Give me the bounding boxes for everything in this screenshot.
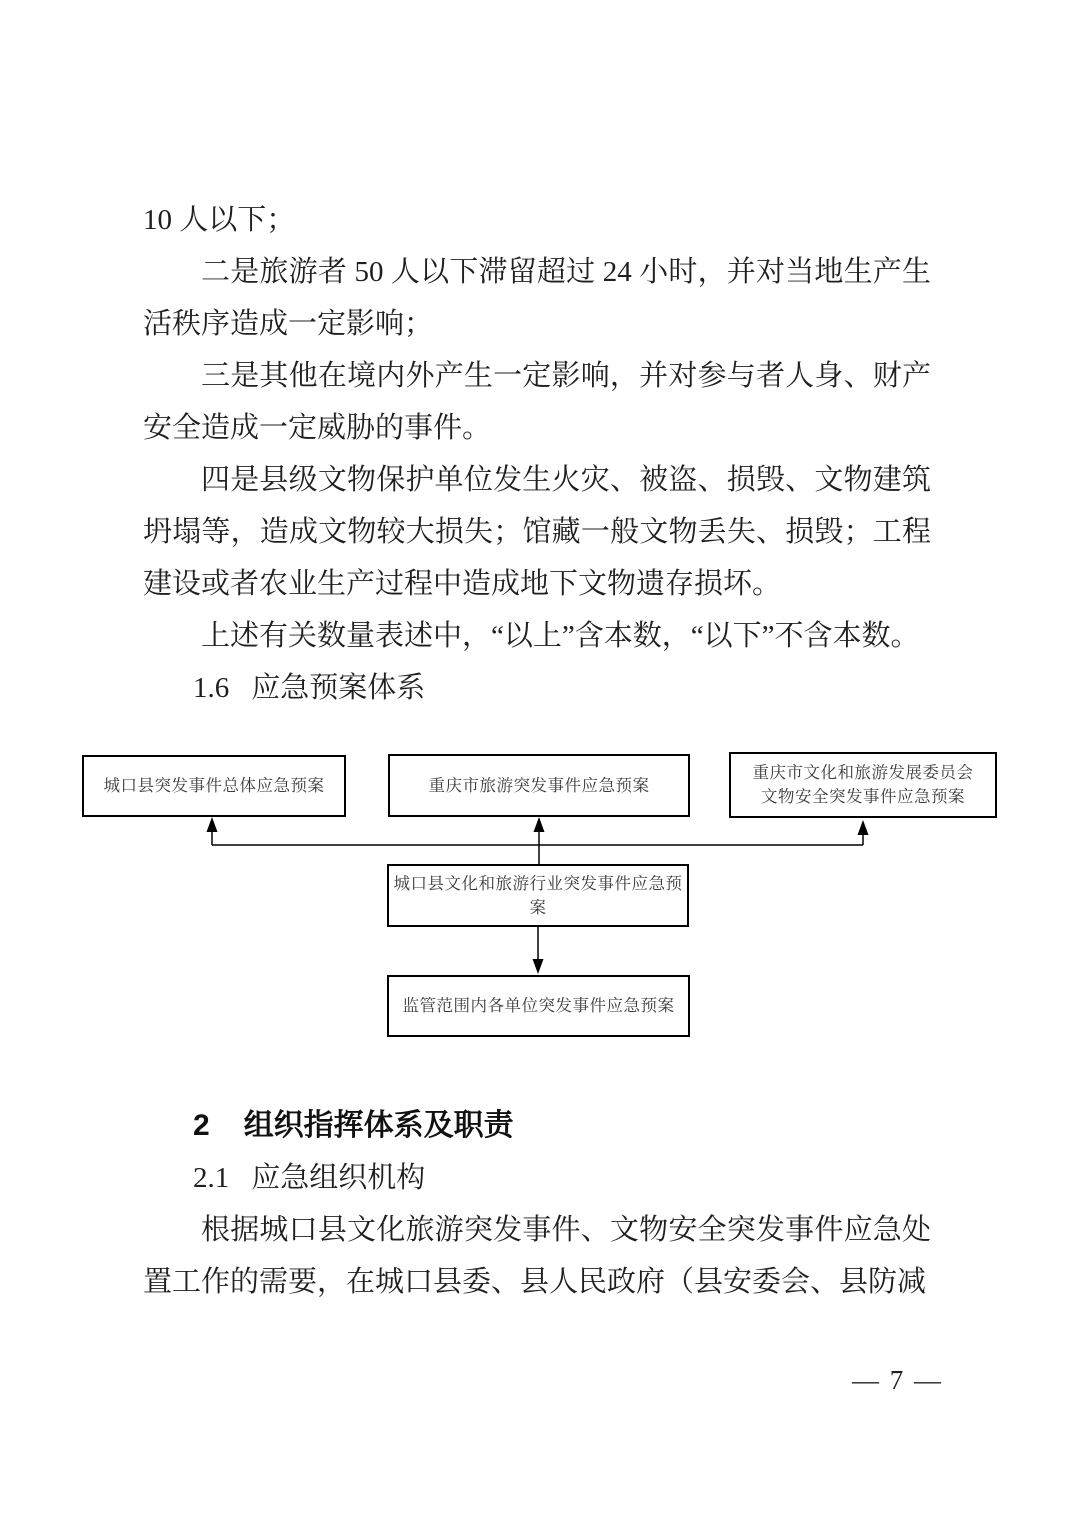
page-number: — 7 — — [852, 1363, 943, 1397]
arrow-up-icon — [534, 817, 545, 832]
flowchart-box-city-tourism-plan: 重庆市旅游突发事件应急预案 — [388, 754, 690, 817]
section-2-block: 2组织指挥体系及职责 2.1应急组织机构 根据城口县文化旅游突发事件、文物安全突… — [143, 1100, 931, 1308]
section-title: 组织指挥体系及职责 — [244, 1109, 514, 1142]
arrow-up-icon — [207, 817, 218, 832]
flowchart-box-county-overall-plan: 城口县突发事件总体应急预案 — [82, 755, 346, 817]
flowchart-box-label-line2: 文物安全突发事件应急预案 — [753, 785, 974, 809]
flowchart-box-city-culture-plan: 重庆市文化和旅游发展委员会 文物安全突发事件应急预案 — [729, 752, 997, 818]
flowchart-box-label-line1: 重庆市文化和旅游发展委员会 — [753, 761, 974, 785]
document-page: 10 人以下； 二是旅游者 50 人以下滞留超过 24 小时，并对当地生产生活秩… — [0, 0, 1074, 1520]
paragraph: 根据城口县文化旅游突发事件、文物安全突发事件应急处置工作的需要，在城口县委、县人… — [143, 1204, 931, 1308]
section-title: 应急组织机构 — [251, 1162, 425, 1194]
section-number: 2 — [193, 1109, 210, 1142]
flowchart-box-label: 城口县文化和旅游行业突发事件应急预案 — [389, 872, 687, 920]
flowchart-emergency-plan-system: 城口县突发事件总体应急预案 重庆市旅游突发事件应急预案 重庆市文化和旅游发展委员… — [0, 0, 1074, 1080]
flowchart-box-label: 监管范围内各单位突发事件应急预案 — [403, 994, 675, 1018]
flowchart-box-label: 城口县突发事件总体应急预案 — [104, 774, 325, 798]
flowchart-box-county-industry-plan: 城口县文化和旅游行业突发事件应急预案 — [387, 864, 689, 927]
section-number: 2.1 — [193, 1162, 229, 1194]
arrow-up-icon — [858, 820, 869, 835]
flowchart-box-supervised-units-plan: 监管范围内各单位突发事件应急预案 — [387, 975, 690, 1037]
section-heading-2: 2组织指挥体系及职责 — [143, 1100, 931, 1152]
flowchart-box-label: 重庆市旅游突发事件应急预案 — [429, 774, 650, 798]
arrow-down-icon — [533, 959, 544, 974]
section-heading-2-1: 2.1应急组织机构 — [143, 1152, 931, 1204]
